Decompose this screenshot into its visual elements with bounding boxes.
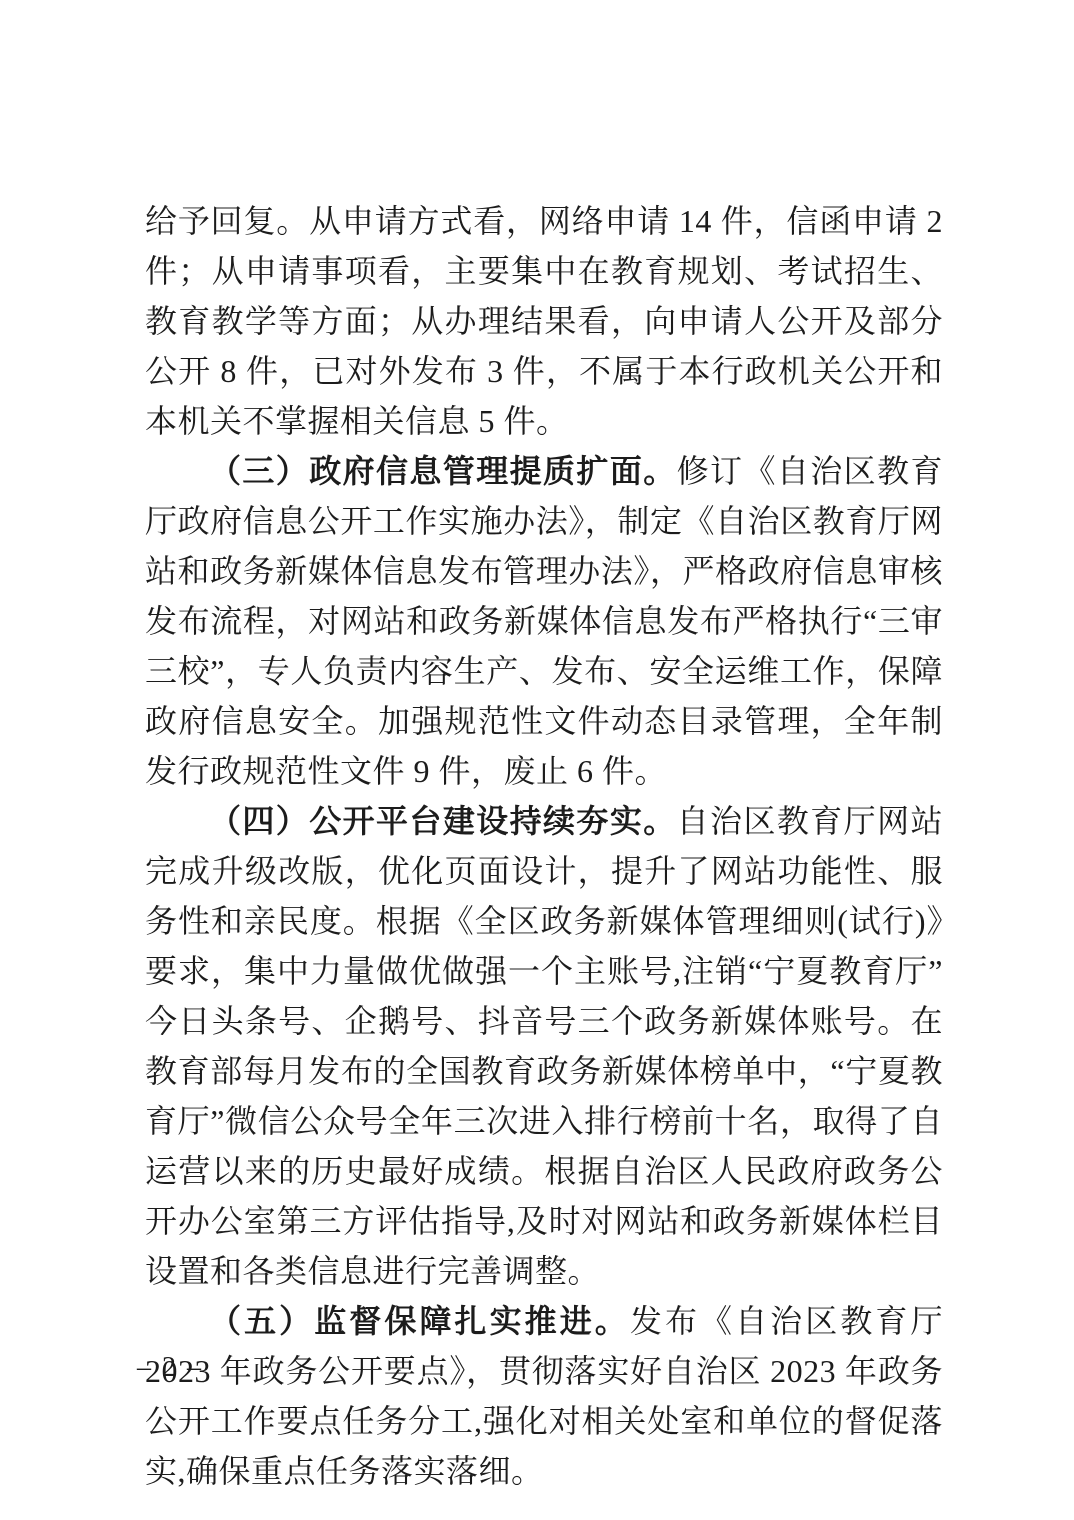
paragraph-text: 修订《自治区教育厅政府信息公开工作实施办法》，制定《自治区教育厅网站和政务新媒体… <box>145 453 943 789</box>
paragraph-continuation: 给予回复。从申请方式看，网络申请 14 件，信函申请 2 件；从申请事项看，主要… <box>145 196 943 446</box>
document-body: 给予回复。从申请方式看，网络申请 14 件，信函申请 2 件；从申请事项看，主要… <box>145 196 943 1496</box>
paragraph-section-4: （四）公开平台建设持续夯实。自治区教育厅网站完成升级改版，优化页面设计，提升了网… <box>145 796 943 1296</box>
paragraph-section-5: （五）监督保障扎实推进。发布《自治区教育厅 2023 年政务公开要点》，贯彻落实… <box>145 1296 943 1496</box>
paragraph-text: 自治区教育厅网站完成升级改版，优化页面设计，提升了网站功能性、服务性和亲民度。根… <box>145 803 943 1289</box>
paragraph-section-3: （三）政府信息管理提质扩面。修订《自治区教育厅政府信息公开工作实施办法》，制定《… <box>145 446 943 796</box>
section-heading-5: （五）监督保障扎实推进。 <box>209 1303 630 1339</box>
paragraph-text: 给予回复。从申请方式看，网络申请 14 件，信函申请 2 件；从申请事项看，主要… <box>145 203 943 439</box>
section-heading-3: （三）政府信息管理提质扩面。 <box>209 453 677 489</box>
document-page: 给予回复。从申请方式看，网络申请 14 件，信函申请 2 件；从申请事项看，主要… <box>0 0 1074 1520</box>
section-heading-4: （四）公开平台建设持续夯实。 <box>209 803 677 839</box>
page-number: – 2 – <box>137 1352 203 1384</box>
